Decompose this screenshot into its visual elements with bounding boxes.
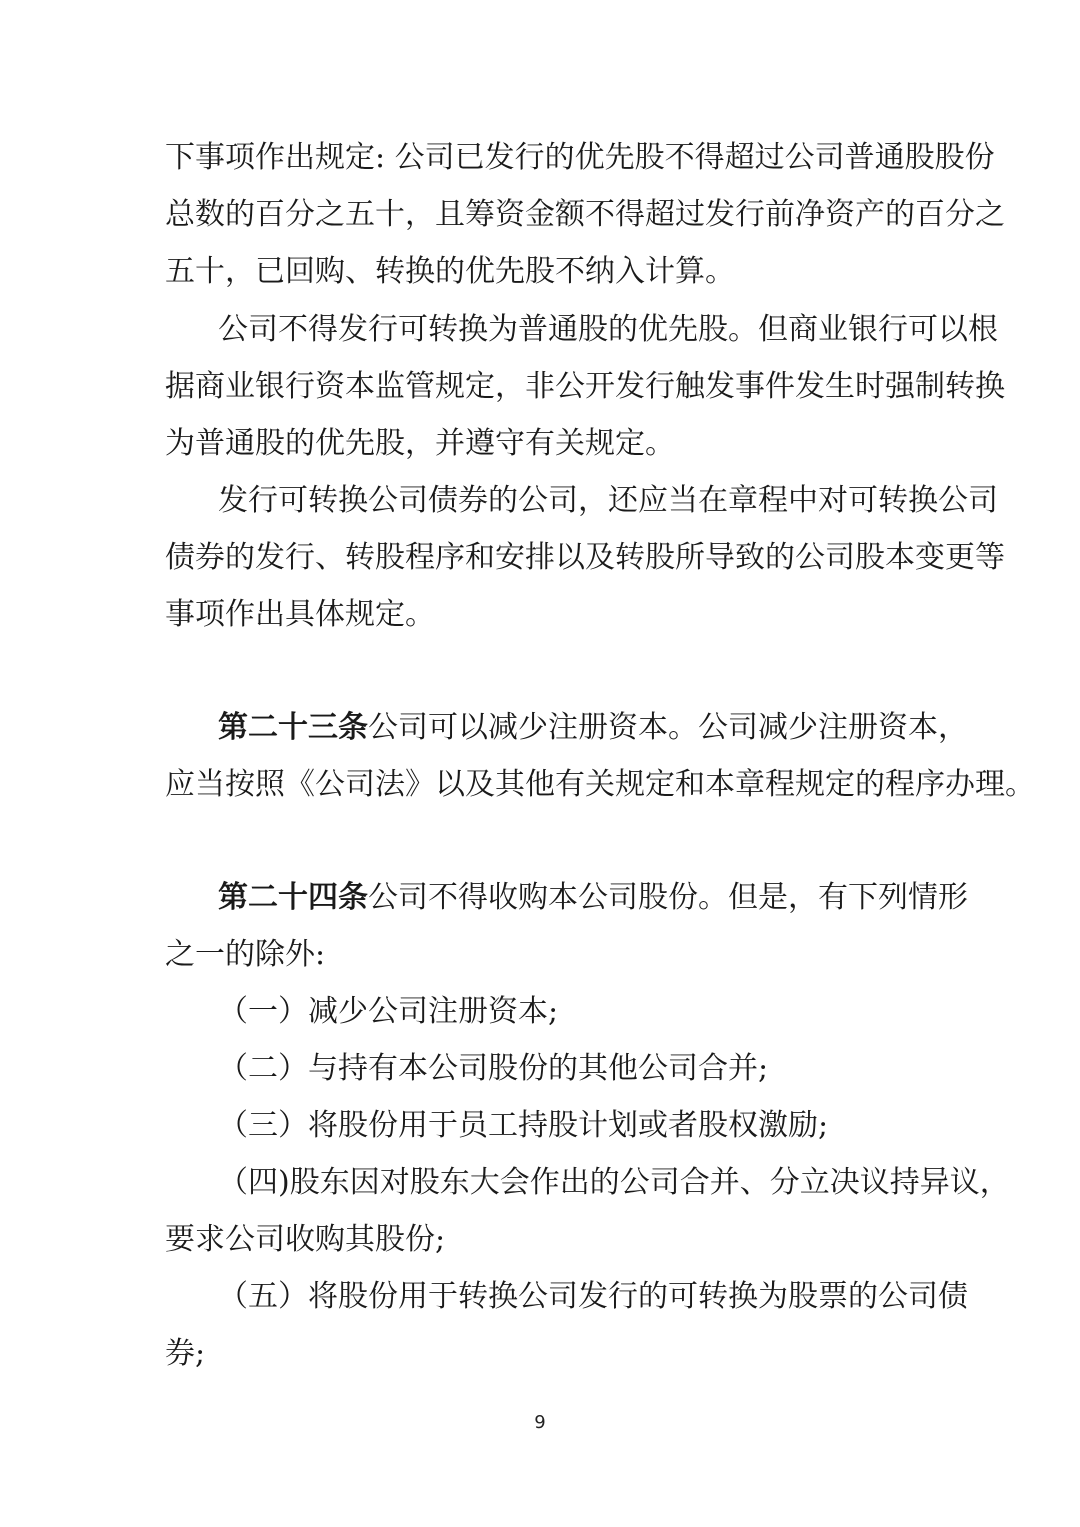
list-item-4-continued: 要求公司收购其股份; (165, 1220, 917, 1260)
text-line: 公司不得发行可转换为普通股的优先股。但商业银行可以根 (218, 310, 917, 350)
document-page: 下事项作出规定: 公司已发行的优先股不得超过公司普通股股份 总数的百分之五十，且… (0, 0, 1080, 1527)
list-item-4: （四)股东因对股东大会作出的公司合并、分立决议持异议， (218, 1163, 917, 1203)
text-line: 债券的发行、转股程序和安排以及转股所导致的公司股本变更等 (165, 538, 917, 578)
article-24-first-line: 第二十四条 公司不得收购本公司股份。但是，有下列情形 (218, 878, 917, 918)
list-item-3: （三）将股份用于员工持股计划或者股权激励; (218, 1106, 917, 1146)
text-line: 应当按照《公司法》以及其他有关规定和本章程规定的程序办理。 (165, 765, 917, 805)
article-24-heading: 第二十四条 (218, 878, 368, 918)
list-item-2: （二）与持有本公司股份的其他公司合并; (218, 1049, 917, 1089)
text-line: 据商业银行资本监管规定，非公开发行触发事件发生时强制转换 (165, 367, 917, 407)
text-line: 五十，已回购、转换的优先股不纳入计算。 (165, 252, 917, 292)
article-23-text: 公司可以减少注册资本。公司减少注册资本， (368, 708, 968, 748)
text-line: 下事项作出规定: 公司已发行的优先股不得超过公司普通股股份 (165, 138, 917, 178)
article-24-text: 公司不得收购本公司股份。但是，有下列情形 (368, 878, 968, 918)
text-line: 发行可转换公司债券的公司，还应当在章程中对可转换公司 (218, 481, 917, 521)
article-23-first-line: 第二十三条 公司可以减少注册资本。公司减少注册资本， (218, 708, 917, 748)
article-23-heading: 第二十三条 (218, 708, 368, 748)
text-line: 总数的百分之五十，且筹资金额不得超过发行前净资产的百分之 (165, 195, 917, 235)
list-item-5: （五）将股份用于转换公司发行的可转换为股票的公司债 (218, 1277, 917, 1317)
text-line: 事项作出具体规定。 (165, 595, 917, 635)
list-item-1: （一）减少公司注册资本; (218, 992, 917, 1032)
text-line: 为普通股的优先股，并遵守有关规定。 (165, 424, 917, 464)
text-line: 之一的除外: (165, 935, 917, 975)
list-item-5-continued: 券; (165, 1334, 917, 1374)
page-number: 9 (0, 1412, 1080, 1433)
